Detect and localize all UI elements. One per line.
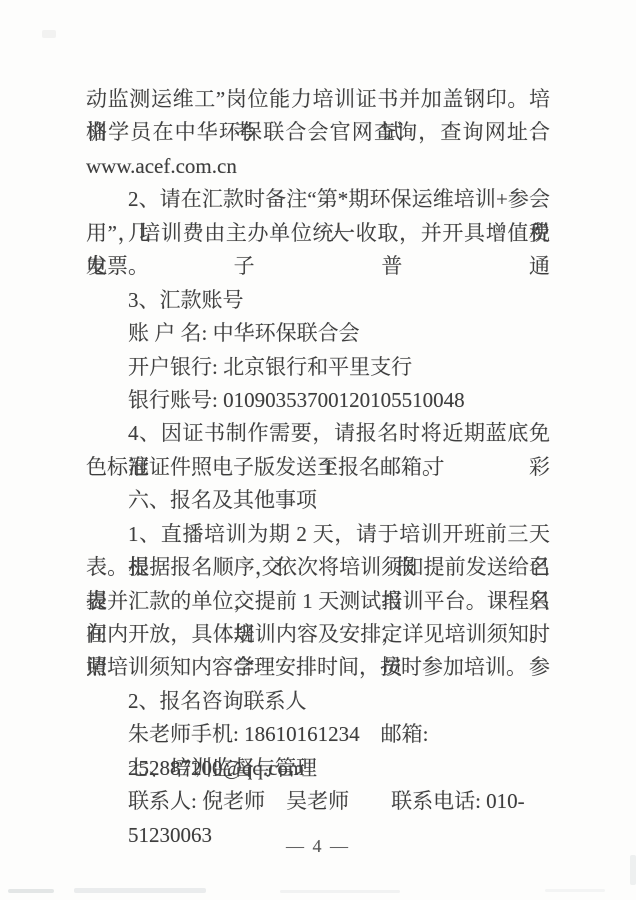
text-line: 1、直播培训为期 2 天，请于培训开班前三天提交报名 — [86, 518, 550, 551]
scan-smudge — [280, 890, 400, 893]
text-line: 表并汇款的单位，提前 1 天测试培训平台。课程只在规定时 — [86, 585, 550, 618]
text-line: 用”，培训费由主办单位统一收取，并开具增值税电子普通 — [86, 217, 550, 250]
page-number: — 4 — — [0, 836, 636, 857]
text-line: 3、汇款账号 — [86, 284, 550, 317]
text-line: 联系人: 倪老师 吴老师 联系电话: 010-51230063 — [86, 785, 550, 818]
text-line: 2、请在汇款时备注“第*期环保运维培训+参会几人费 — [86, 183, 550, 216]
scan-smudge — [74, 888, 206, 893]
document-page: 动监测运维工”岗位能力培训证书并加盖钢印。培训考试合格学员在中华环保联合会官网查… — [0, 0, 636, 900]
text-line: 六、报名及其他事项 — [86, 484, 550, 517]
text-line: 账 户 名: 中华环保联合会 — [86, 317, 550, 350]
text-line: 格学员在中华环保联合会官网查询，查询网址： — [86, 116, 550, 149]
text-line: 动监测运维工”岗位能力培训证书并加盖钢印。培训考试合 — [86, 83, 550, 116]
text-line: 2、报名咨询联系人 — [86, 685, 550, 718]
text-line: www.acef.com.cn — [86, 150, 550, 183]
text-line: 开户银行: 北京银行和平里支行 — [86, 351, 550, 384]
text-line: 4、因证书制作需要，请报名时将近期蓝底免冠 1 寸彩 — [86, 417, 550, 450]
document-body: 动监测运维工”岗位能力培训证书并加盖钢印。培训考试合格学员在中华环保联合会官网查… — [86, 83, 550, 819]
text-line: 银行账号: 01090353700120105510048 — [86, 384, 550, 417]
text-line: 照培训须知内容合理安排时间，按时参加培训。 — [86, 651, 550, 684]
text-line: 七、培训监督与管理 — [86, 752, 550, 785]
text-line: 间内开放，具体培训内容及安排，详见培训须知。请学员参 — [86, 618, 550, 651]
scan-smudge — [545, 889, 605, 892]
text-line: 朱老师手机: 18610161234 邮箱: 252887200@qq.com — [86, 718, 550, 751]
scan-smudge — [8, 889, 54, 893]
text-line: 表。根据报名顺序，依次将培训须知提前发送给已提交报名 — [86, 551, 550, 584]
scan-smudge — [42, 30, 56, 38]
scan-smudge — [630, 855, 636, 885]
